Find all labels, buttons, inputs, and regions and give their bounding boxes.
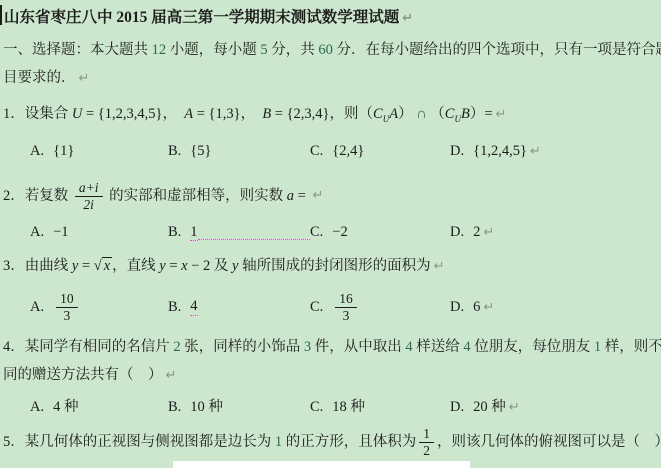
option-label: A.: [30, 224, 44, 240]
option-label: D.: [450, 399, 464, 415]
text-segment: −2: [332, 224, 347, 240]
option-label: B.: [168, 224, 181, 240]
text-segment: {1,2,4,5}: [473, 143, 527, 159]
text-segment: {1}: [53, 143, 74, 159]
option-d: D.20 种↵: [450, 395, 520, 416]
answer-figures-image: [173, 461, 470, 468]
question-2-stem: 2．若复数 a+i2i 的实部和虚部相等，则实数 a = ↵: [3, 174, 323, 218]
section-intro-line-1: 一、选择题：本大题共 12 小题，每小题 5 分，共 60 分．在每小题给出的四…: [3, 39, 661, 61]
question-1-options: A.{1}B.{5}C.{2,4}D.{1,2,4,5}↵: [0, 143, 661, 167]
text-segment: ，则该几何体的俯视图可以是（ ）: [437, 431, 661, 453]
text-segment: − 2: [188, 258, 211, 274]
text-segment: 4: [190, 298, 197, 316]
math-symbol-with-subscript: CU: [373, 106, 389, 122]
text-segment: 18 种: [332, 399, 365, 415]
fraction-denominator: 2i: [75, 197, 103, 213]
option-d: D.6↵: [450, 286, 494, 328]
option-a: A.103: [30, 286, 81, 328]
text-segment: B: [262, 106, 271, 122]
text-segment: 60: [318, 42, 333, 58]
option-label: A.: [30, 143, 44, 159]
fraction-denominator: 3: [335, 308, 357, 324]
paragraph-mark-icon: ↵: [79, 71, 90, 86]
text-segment: ）: [398, 106, 416, 122]
text-segment: {5}: [190, 143, 211, 159]
question-4-stem-line-1: 4．某同学有相同的名信片 2 张，同样的小饰品 3 件，从中取出 4 样送给 4…: [3, 336, 661, 358]
fraction-numerator: 10: [56, 291, 78, 308]
option-c: C.18 种: [310, 395, 365, 416]
question-2-options: A.−1B.1C.−2D.2↵: [0, 224, 661, 248]
text-segment: ，: [162, 106, 184, 122]
text-segment: ，直线: [112, 258, 159, 274]
paragraph-mark-icon: ↵: [434, 259, 445, 274]
text-segment: −1: [53, 224, 68, 240]
option-b: B.{5}: [168, 143, 211, 160]
text-segment: 样送给: [413, 339, 464, 355]
fraction: a+i2i: [75, 180, 103, 212]
option-label: D.: [450, 224, 464, 240]
option-c: C.{2,4}: [310, 143, 364, 160]
dotted-underline: [198, 224, 310, 240]
text-segment: 10 种: [190, 399, 223, 415]
text-segment: 1．设集合: [3, 106, 72, 122]
fraction: 163: [335, 291, 357, 323]
question-4-stem-line-2: 同的赠送方法共有（ ）↵: [3, 364, 176, 387]
document-title: 山东省枣庄八中 2015 届高三第一学期期末测试数学理试题↵: [4, 7, 413, 30]
fraction-denominator: 3: [56, 308, 78, 324]
text-segment: 轴所围成的封闭图形的面积为: [238, 258, 430, 274]
option-d: D.{1,2,4,5}↵: [450, 143, 541, 160]
text-segment: 20 种: [473, 399, 506, 415]
text-segment: a: [287, 185, 294, 207]
option-label: B.: [168, 299, 181, 316]
text-segment: 的实部和虚部相等，则实数: [106, 185, 287, 207]
option-label: C.: [310, 224, 323, 240]
text-segment: A: [389, 106, 398, 122]
text-segment: 2: [173, 339, 180, 355]
question-3-stem: 3．由曲线 y = √x，直线 y = x − 2 及 y 轴所围成的封闭图形的…: [3, 255, 445, 278]
option-label: C.: [310, 399, 323, 415]
option-label: B.: [168, 399, 181, 415]
option-a: A.−1: [30, 224, 69, 241]
option-b: B.4: [168, 286, 198, 328]
math-base: C: [373, 106, 383, 122]
text-segment: 件，从中取出: [311, 339, 405, 355]
text-segment: B: [461, 106, 470, 122]
text-segment: U: [72, 106, 82, 122]
option-a: A.{1}: [30, 143, 74, 160]
text-segment: 4 种: [53, 399, 78, 415]
text-segment: 的正方形，且体积为: [282, 431, 416, 453]
text-segment: 1: [275, 431, 282, 453]
text-segment: 1: [190, 224, 197, 241]
question-1-stem: 1．设集合 U = {1,2,3,4,5}， A = {1,3}， B = {2…: [3, 103, 506, 130]
text-segment: 6: [473, 299, 480, 316]
text-segment: ）: [470, 106, 485, 122]
text-segment: 及: [210, 258, 232, 274]
text-segment: ∩: [416, 106, 426, 122]
text-segment: = {1,2,3,4,5}: [82, 106, 162, 122]
text-segment: ，: [241, 106, 263, 122]
text-segment: 分，共: [268, 42, 319, 58]
text-segment: 小题，每小题: [166, 42, 260, 58]
text-segment: 分．在每小题给出的四个选项中，只有一项是符合题: [333, 42, 661, 58]
paragraph-mark-icon: ↵: [312, 185, 323, 207]
fraction-numerator: 1: [419, 426, 434, 443]
option-c: C.−2: [310, 224, 348, 241]
text-segment: 4: [405, 339, 412, 355]
text-segment: （: [427, 106, 445, 122]
text-segment: 山东省枣庄八中 2015 届高三第一学期期末测试数学理试题: [4, 9, 399, 26]
text-segment: =: [294, 185, 309, 207]
text-segment: 一、选择题：本大题共: [3, 42, 152, 58]
text-segment: =: [78, 258, 93, 274]
document-page: 山东省枣庄八中 2015 届高三第一学期期末测试数学理试题↵ 一、选择题：本大题…: [0, 0, 661, 468]
text-segment: 2．若复数: [3, 185, 72, 207]
paragraph-mark-icon: ↵: [166, 368, 177, 383]
radical-icon: √: [94, 258, 102, 274]
option-label: D.: [450, 143, 464, 159]
fraction-numerator: 16: [335, 291, 357, 308]
text-segment: 样，则不: [601, 339, 661, 355]
text-segment: 5．某几何体的正视图与侧视图都是边长为: [3, 431, 275, 453]
text-segment: ，则（: [330, 106, 374, 122]
text-segment: 位朋友，每位朋友: [471, 339, 594, 355]
option-label: D.: [450, 299, 464, 316]
fraction-numerator: a+i: [75, 180, 103, 197]
paragraph-mark-icon: ↵: [509, 400, 520, 415]
text-segment: = {1,3}: [193, 106, 240, 122]
text-segment: {2,4}: [332, 143, 364, 159]
text-segment: 同的赠送方法共有（ ）: [3, 367, 163, 383]
math-symbol-with-subscript: CU: [445, 106, 461, 122]
paragraph-mark-icon: ↵: [483, 225, 494, 240]
text-segment: 4．某同学有相同的名信片: [3, 339, 173, 355]
option-label: A.: [30, 299, 44, 316]
text-segment: =: [166, 258, 181, 274]
text-segment: 目要求的．: [3, 70, 76, 86]
section-intro-line-2: 目要求的．↵: [3, 67, 89, 90]
option-c: C.163: [310, 286, 360, 328]
text-segment: 5: [260, 42, 267, 58]
text-segment: =: [484, 106, 492, 122]
text-segment: 张，同样的小饰品: [181, 339, 304, 355]
question-4-options: A.4 种B.10 种C.18 种D.20 种↵: [0, 395, 661, 419]
fraction: 103: [56, 291, 78, 323]
question-3-options: A.103B.4C.163D.6↵: [0, 286, 661, 328]
option-label: C.: [310, 299, 323, 316]
paragraph-mark-icon: ↵: [402, 11, 413, 26]
option-label: A.: [30, 399, 44, 415]
option-b: B.1: [168, 224, 310, 241]
text-segment: = {2,3,4}: [271, 106, 329, 122]
question-5-stem: 5．某几何体的正视图与侧视图都是边长为 1 的正方形，且体积为12，则该几何体的…: [3, 420, 661, 464]
fraction: 12: [419, 426, 434, 458]
text-segment: A: [184, 106, 193, 122]
option-b: B.10 种: [168, 395, 223, 416]
option-label: B.: [168, 143, 181, 159]
option-a: A.4 种: [30, 395, 78, 416]
text-segment: 2: [473, 224, 480, 240]
option-label: C.: [310, 143, 323, 159]
option-d: D.2↵: [450, 224, 494, 241]
text-segment: 4: [463, 339, 470, 355]
text-segment: 3．由曲线: [3, 258, 72, 274]
paragraph-mark-icon: ↵: [483, 300, 494, 315]
paragraph-mark-icon: ↵: [530, 144, 541, 159]
fraction-denominator: 2: [419, 443, 434, 459]
paragraph-mark-icon: ↵: [496, 107, 507, 122]
radicand: x: [102, 257, 112, 274]
text-segment: 12: [152, 42, 167, 58]
sqrt-expression: √x: [94, 257, 112, 274]
text-cursor: [0, 5, 2, 25]
